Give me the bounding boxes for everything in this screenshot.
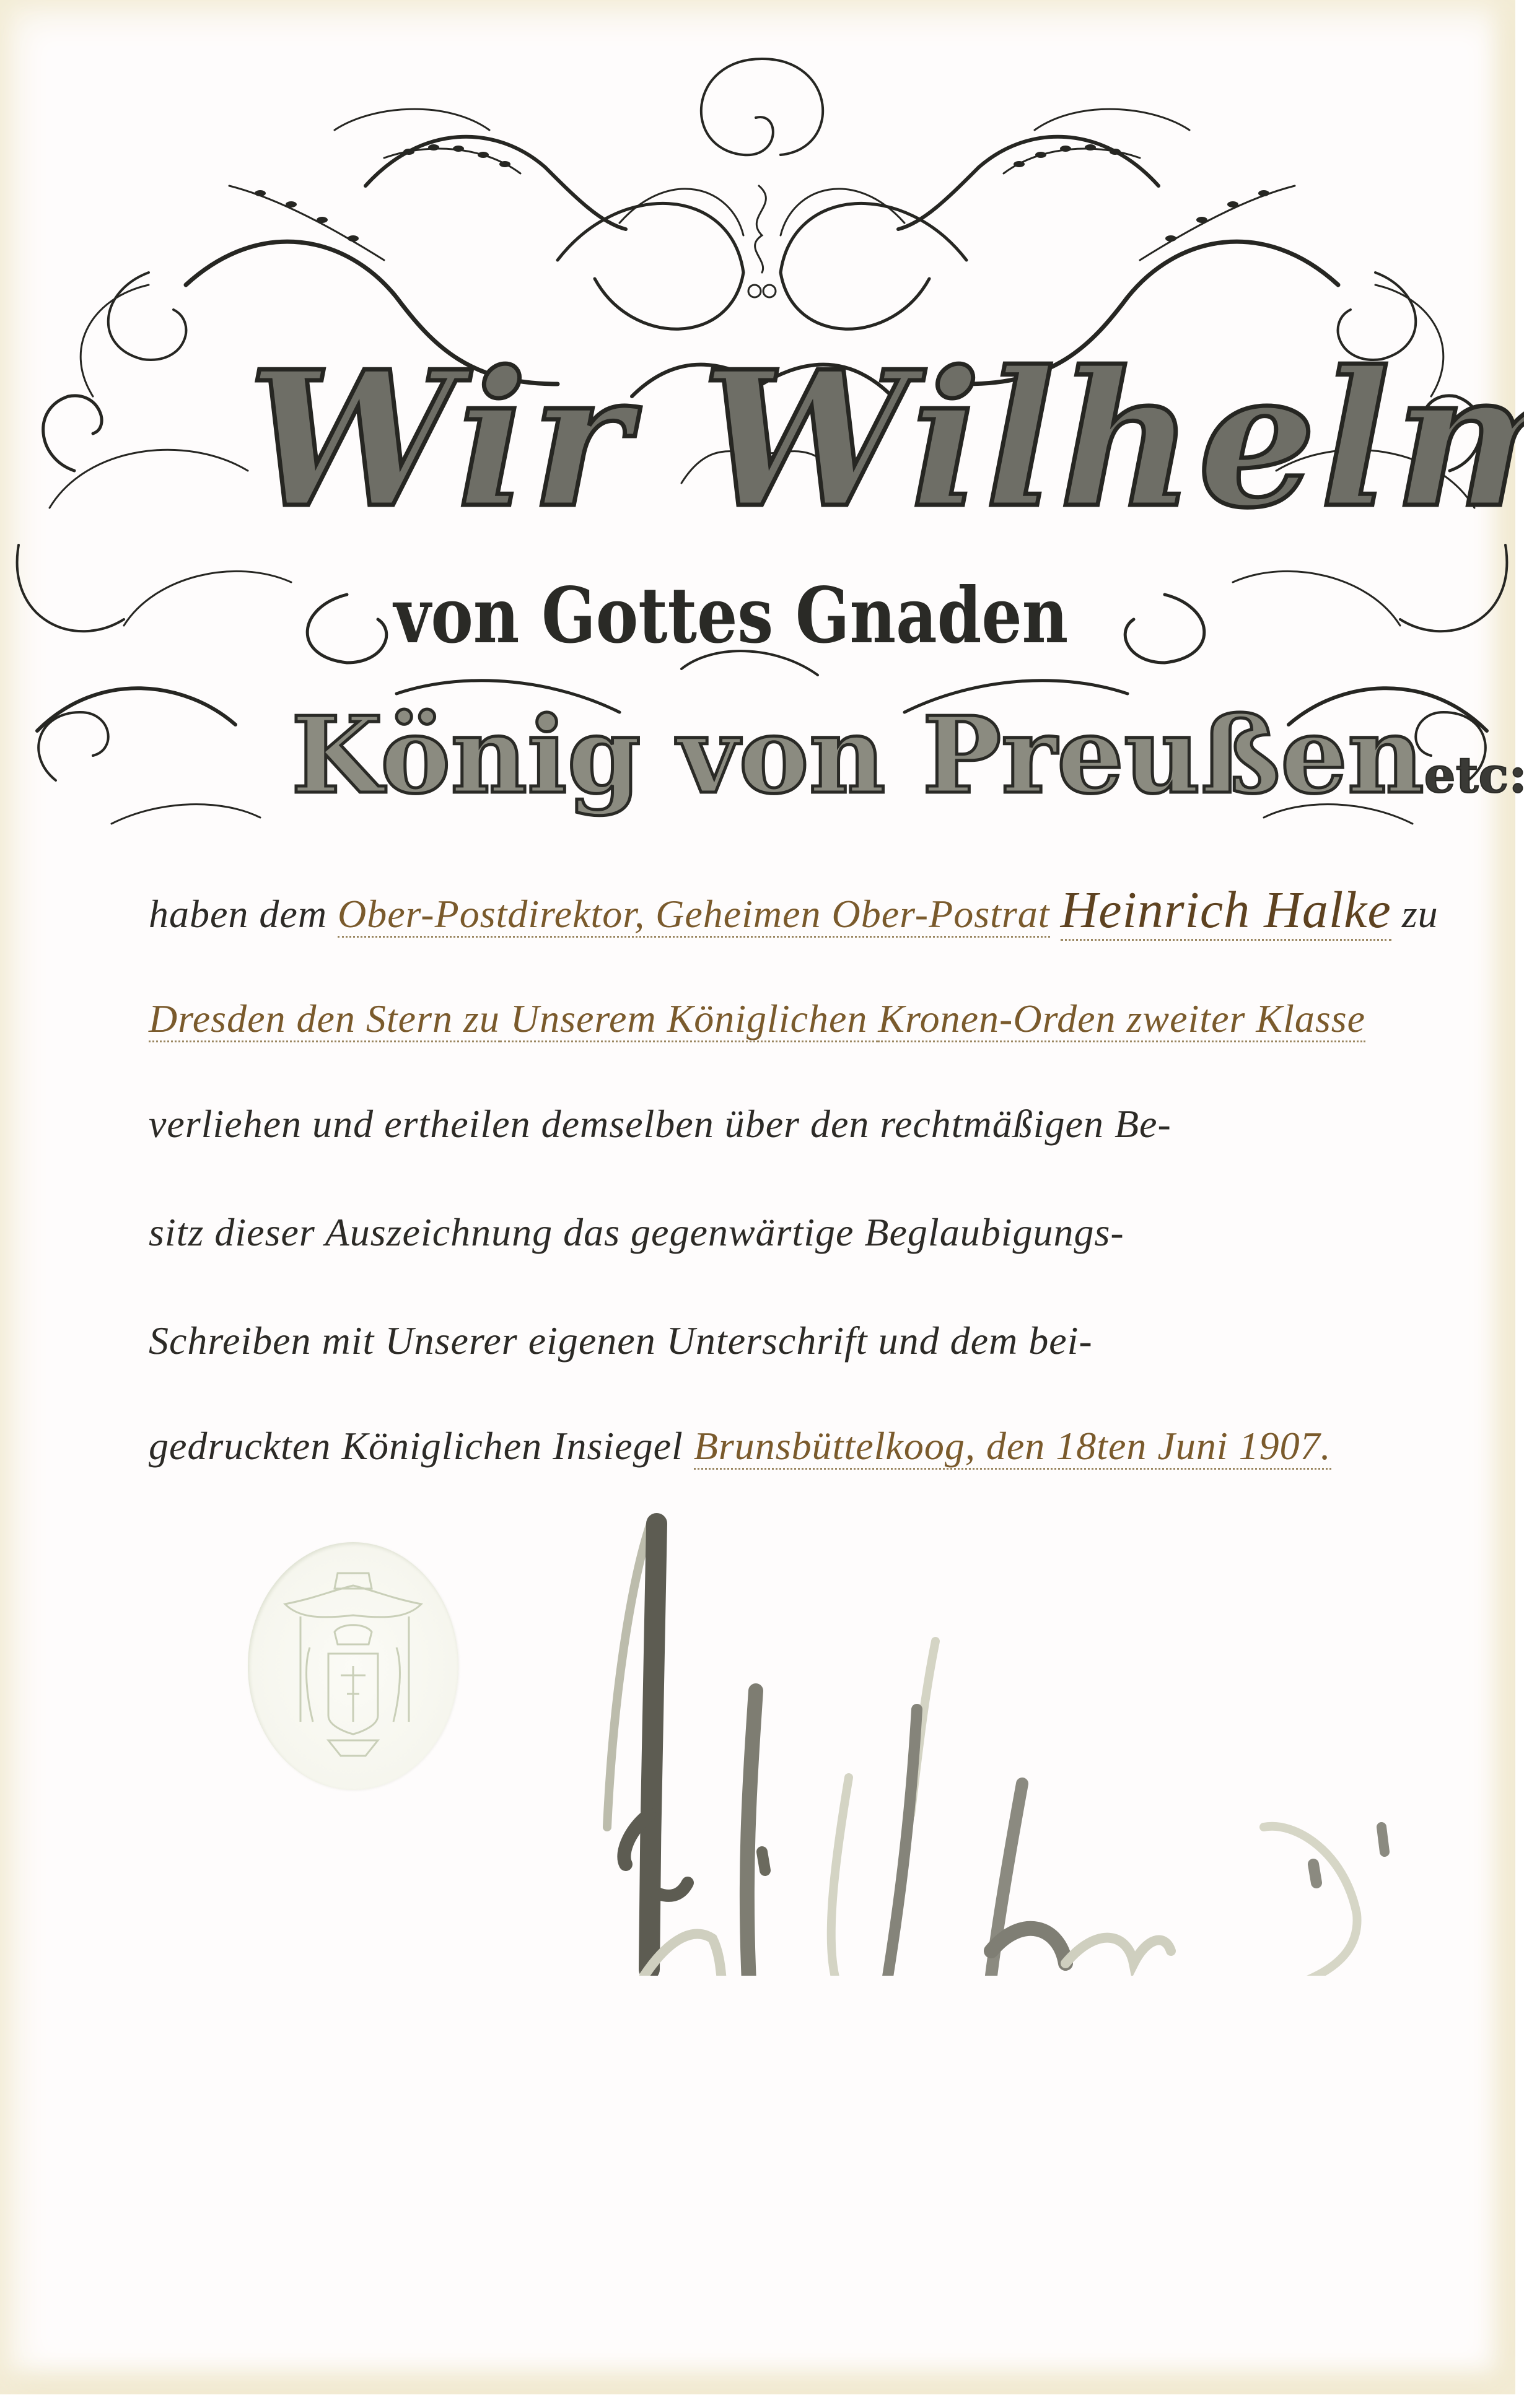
title-von-gottes-gnaden: von Gottes Gnaden	[378, 570, 1085, 663]
recipient-name: Heinrich Halke	[1061, 881, 1391, 941]
embossed-seal	[248, 1542, 458, 1790]
title-koenig-von-preussen: König von Preußenetc:	[291, 697, 1270, 814]
handwritten-unserem: Unserem Königlichen	[500, 997, 878, 1042]
handwritten-place-award: Dresden den Stern zu	[149, 997, 500, 1042]
printed-text: gedruckten Königlichen Insiegel	[149, 1424, 694, 1468]
body-line-6: gedruckten Königlichen Insiegel Brunsbüt…	[149, 1409, 1468, 1483]
body-line-3: verliehen und ertheilen demselben über d…	[149, 1087, 1468, 1161]
title-koenig-text: König von Preußen	[291, 694, 1424, 818]
body-line-1: haben dem Ober-Postdirektor, Geheimen Ob…	[149, 873, 1468, 948]
printed-text: zu	[1391, 892, 1439, 936]
printed-text: haben dem	[149, 892, 338, 936]
handwritten-order-class: Kronen-Orden zweiter Klasse	[878, 997, 1365, 1042]
body-line-4: sitz dieser Auszeichnung das gegenwärtig…	[149, 1195, 1468, 1270]
handwritten-title: Ober-Postdirektor, Geheimen Ober-Postrat	[338, 892, 1050, 938]
royal-signature	[489, 1505, 1394, 1976]
body-line-2: Dresden den Stern zu Unserem Königlichen…	[149, 982, 1468, 1056]
body-line-5: Schreiben mit Unserer eigenen Unterschri…	[149, 1304, 1468, 1378]
handwritten-place-date: Brunsbüttelkoog, den 18ten Juni 1907.	[694, 1424, 1331, 1470]
title-etc: etc:	[1424, 746, 1524, 804]
coat-of-arms-icon	[248, 1542, 458, 1790]
title-wir-wilhelm: Wir Wilhelm,	[248, 334, 1289, 545]
